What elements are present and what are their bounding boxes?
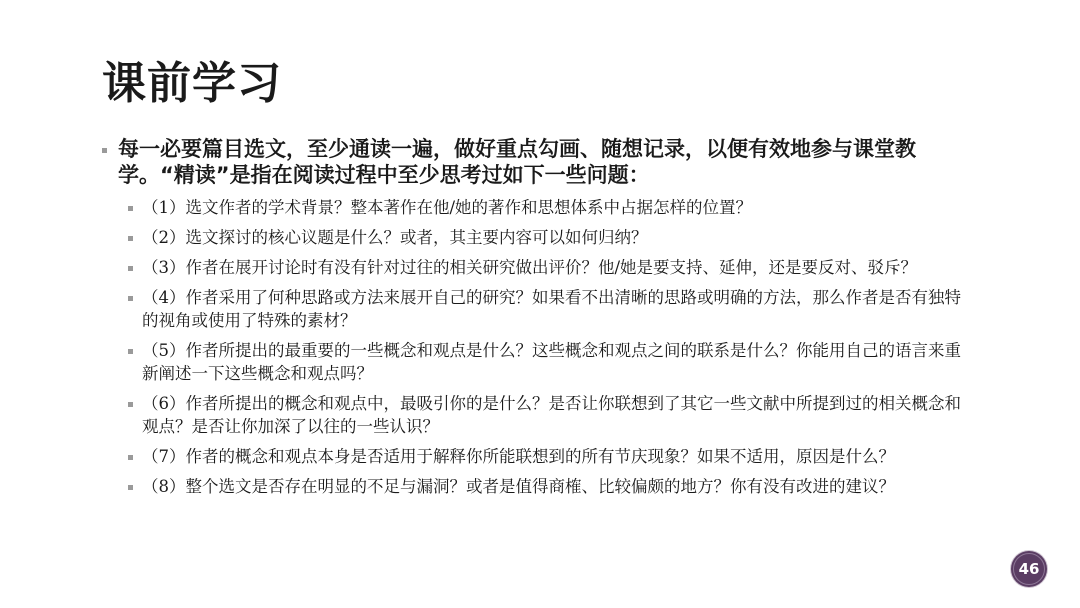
question-item-8: （8）整个选文是否存在明显的不足与漏洞？或者是值得商榷、比较偏颇的地方？你有没有… [124, 475, 972, 498]
square-bullet-icon [128, 296, 133, 301]
main-bullet-text: 每一必要篇目选文，至少通读一遍，做好重点勾画、随想记录，以便有效地参与课堂教学。… [118, 137, 916, 187]
square-bullet-icon [128, 206, 133, 211]
question-item-1: （1）选文作者的学术背景？整本著作在他/她的著作和思想体系中占据怎样的位置？ [124, 196, 972, 219]
square-bullet-icon [128, 349, 133, 354]
question-item-6: （6）作者所提出的概念和观点中，最吸引你的是什么？是否让你联想到了其它一些文献中… [124, 392, 972, 438]
square-bullet-icon [128, 236, 133, 241]
main-bullet-item: 每一必要篇目选文，至少通读一遍，做好重点勾画、随想记录，以便有效地参与课堂教学。… [100, 136, 980, 188]
slide: 课前学习 每一必要篇目选文，至少通读一遍，做好重点勾画、随想记录，以便有效地参与… [0, 0, 1080, 608]
slide-content: 每一必要篇目选文，至少通读一遍，做好重点勾画、随想记录，以便有效地参与课堂教学。… [100, 136, 980, 505]
question-text: （8）整个选文是否存在明显的不足与漏洞？或者是值得商榷、比较偏颇的地方？你有没有… [142, 477, 895, 496]
question-item-7: （7）作者的概念和观点本身是否适用于解释你所能联想到的所有节庆现象？如果不适用，… [124, 445, 972, 468]
square-bullet-icon [128, 266, 133, 271]
square-bullet-icon [128, 455, 133, 460]
question-text: （3）作者在展开讨论时有没有针对过往的相关研究做出评价？他/她是要支持、延伸，还… [142, 258, 917, 277]
square-bullet-icon [128, 485, 133, 490]
slide-title: 课前学习 [102, 58, 282, 110]
question-item-3: （3）作者在展开讨论时有没有针对过往的相关研究做出评价？他/她是要支持、延伸，还… [124, 256, 972, 279]
question-text: （1）选文作者的学术背景？整本著作在他/她的著作和思想体系中占据怎样的位置？ [142, 198, 752, 217]
question-text: （2）选文探讨的核心议题是什么？或者，其主要内容可以如何归纳？ [142, 228, 648, 247]
question-text: （5）作者所提出的最重要的一些概念和观点是什么？这些概念和观点之间的联系是什么？… [142, 341, 961, 383]
question-text: （6）作者所提出的概念和观点中，最吸引你的是什么？是否让你联想到了其它一些文献中… [142, 394, 961, 436]
square-bullet-icon [128, 402, 133, 407]
question-text: （4）作者采用了何种思路或方法来展开自己的研究？如果看不出清晰的思路或明确的方法… [142, 288, 961, 330]
question-item-2: （2）选文探讨的核心议题是什么？或者，其主要内容可以如何归纳？ [124, 226, 972, 249]
page-number-badge: 46 [1011, 551, 1047, 587]
square-bullet-icon [102, 148, 107, 153]
question-text: （7）作者的概念和观点本身是否适用于解释你所能联想到的所有节庆现象？如果不适用，… [142, 447, 895, 466]
question-item-4: （4）作者采用了何种思路或方法来展开自己的研究？如果看不出清晰的思路或明确的方法… [124, 286, 972, 332]
page-number: 46 [1019, 560, 1040, 578]
question-list: （1）选文作者的学术背景？整本著作在他/她的著作和思想体系中占据怎样的位置？ （… [124, 196, 980, 498]
question-item-5: （5）作者所提出的最重要的一些概念和观点是什么？这些概念和观点之间的联系是什么？… [124, 339, 972, 385]
